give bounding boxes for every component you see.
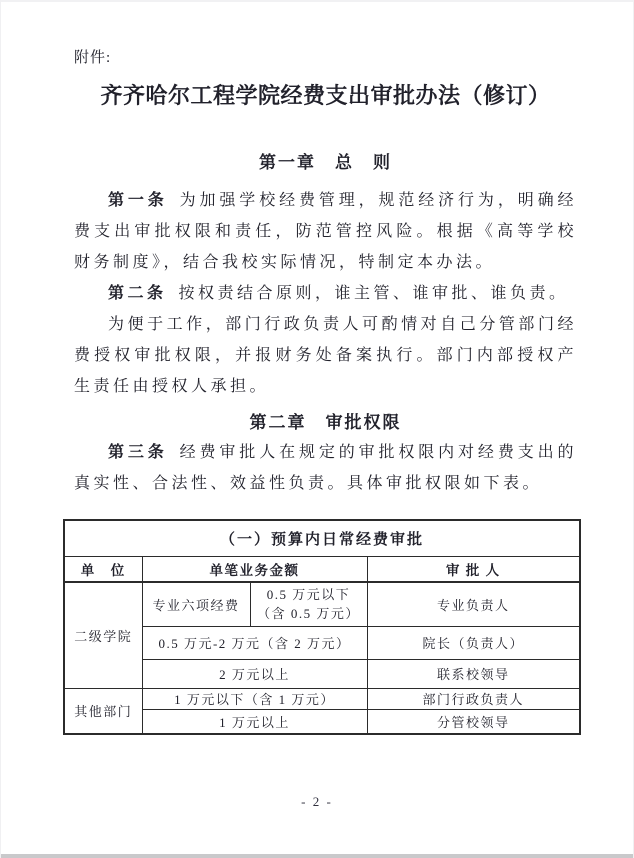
article-1-label: 第一条 [108, 192, 168, 209]
cell-amount-above-2: 2 万元以上 [142, 659, 367, 688]
page-top-edge [1, 0, 633, 2]
chapter-1-heading: 第一章 总 则 [74, 148, 577, 173]
cell-major-six-funds: 专业六项经费 [142, 582, 250, 626]
approval-authority-table: （一）预算内日常经费审批 单 位 单笔业务金额 审 批 人 二级学院 专业六项经… [63, 519, 581, 735]
cell-unit-other-departments: 其他部门 [64, 688, 142, 734]
table-row: 二级学院 专业六项经费 0.5 万元以下（含 0.5 万元） 专业负责人 [64, 582, 580, 626]
document-title: 齐齐哈尔工程学院经费支出审批办法（修订） [74, 79, 577, 110]
article-2-paragraph: 第二条按权责结合原则，谁主管、谁审批、谁负责。 [74, 278, 577, 309]
body-text: 第一条为加强学校经费管理，规范经济行为，明确经费支出审批权限和责任，防范管控风险… [74, 185, 577, 402]
table-row: 0.5 万元-2 万元（含 2 万元） 院长（负责人） [64, 626, 580, 659]
table-title-row: （一）预算内日常经费审批 [64, 520, 580, 556]
amount-line-2: （含 0.5 万元） [253, 604, 365, 623]
page-content: 附件: 齐齐哈尔工程学院经费支出审批办法（修订） 第一章 总 则 第一条为加强学… [1, 0, 633, 735]
article-3-paragraph: 第三条经费审批人在规定的审批权限内对经费支出的真实性、合法性、效益性负责。具体审… [74, 437, 577, 499]
article-3-label: 第三条 [108, 444, 168, 461]
cell-amount-05-to-2: 0.5 万元-2 万元（含 2 万元） [142, 626, 367, 659]
table-row: 2 万元以上 联系校领导 [64, 659, 580, 688]
article-2-label: 第二条 [108, 285, 167, 302]
cell-amount-above-1: 1 万元以上 [142, 709, 367, 734]
body-text-2: 第三条经费审批人在规定的审批权限内对经费支出的真实性、合法性、效益性负责。具体审… [74, 437, 577, 499]
cell-approver-dept-admin-head: 部门行政负责人 [367, 688, 580, 709]
article-2-text: 按权责结合原则，谁主管、谁审批、谁负责。 [179, 285, 569, 302]
table-title-cell: （一）预算内日常经费审批 [64, 520, 580, 556]
page-bottom-edge [1, 854, 633, 858]
attachment-label: 附件: [74, 46, 577, 67]
cell-approver-liaison-leader: 联系校领导 [367, 659, 580, 688]
header-amount: 单笔业务金额 [142, 556, 367, 582]
table-header-row: 单 位 单笔业务金额 审 批 人 [64, 556, 580, 582]
cell-unit-secondary-college: 二级学院 [64, 582, 142, 688]
article-1-paragraph: 第一条为加强学校经费管理，规范经济行为，明确经费支出审批权限和责任，防范管控风险… [74, 185, 577, 278]
cell-approver-major-head: 专业负责人 [367, 582, 580, 626]
page-number: - 2 - [1, 794, 633, 810]
chapter-2-heading: 第二章 审批权限 [74, 408, 577, 433]
document-page: 附件: 齐齐哈尔工程学院经费支出审批办法（修订） 第一章 总 则 第一条为加强学… [0, 0, 634, 858]
delegation-paragraph: 为便于工作，部门行政负责人可酌情对自己分管部门经费授权审批权限，并报财务处备案执… [74, 309, 577, 402]
cell-approver-supervising-leader: 分管校领导 [367, 709, 580, 734]
header-approver: 审 批 人 [367, 556, 580, 582]
table-row: 1 万元以上 分管校领导 [64, 709, 580, 734]
cell-amount-below-1: 1 万元以下（含 1 万元） [142, 688, 367, 709]
header-unit: 单 位 [64, 556, 142, 582]
cell-amount-below-05: 0.5 万元以下（含 0.5 万元） [250, 582, 367, 626]
amount-line-1: 0.5 万元以下 [253, 585, 365, 604]
cell-approver-dean: 院长（负责人） [367, 626, 580, 659]
table-row: 其他部门 1 万元以下（含 1 万元） 部门行政负责人 [64, 688, 580, 709]
